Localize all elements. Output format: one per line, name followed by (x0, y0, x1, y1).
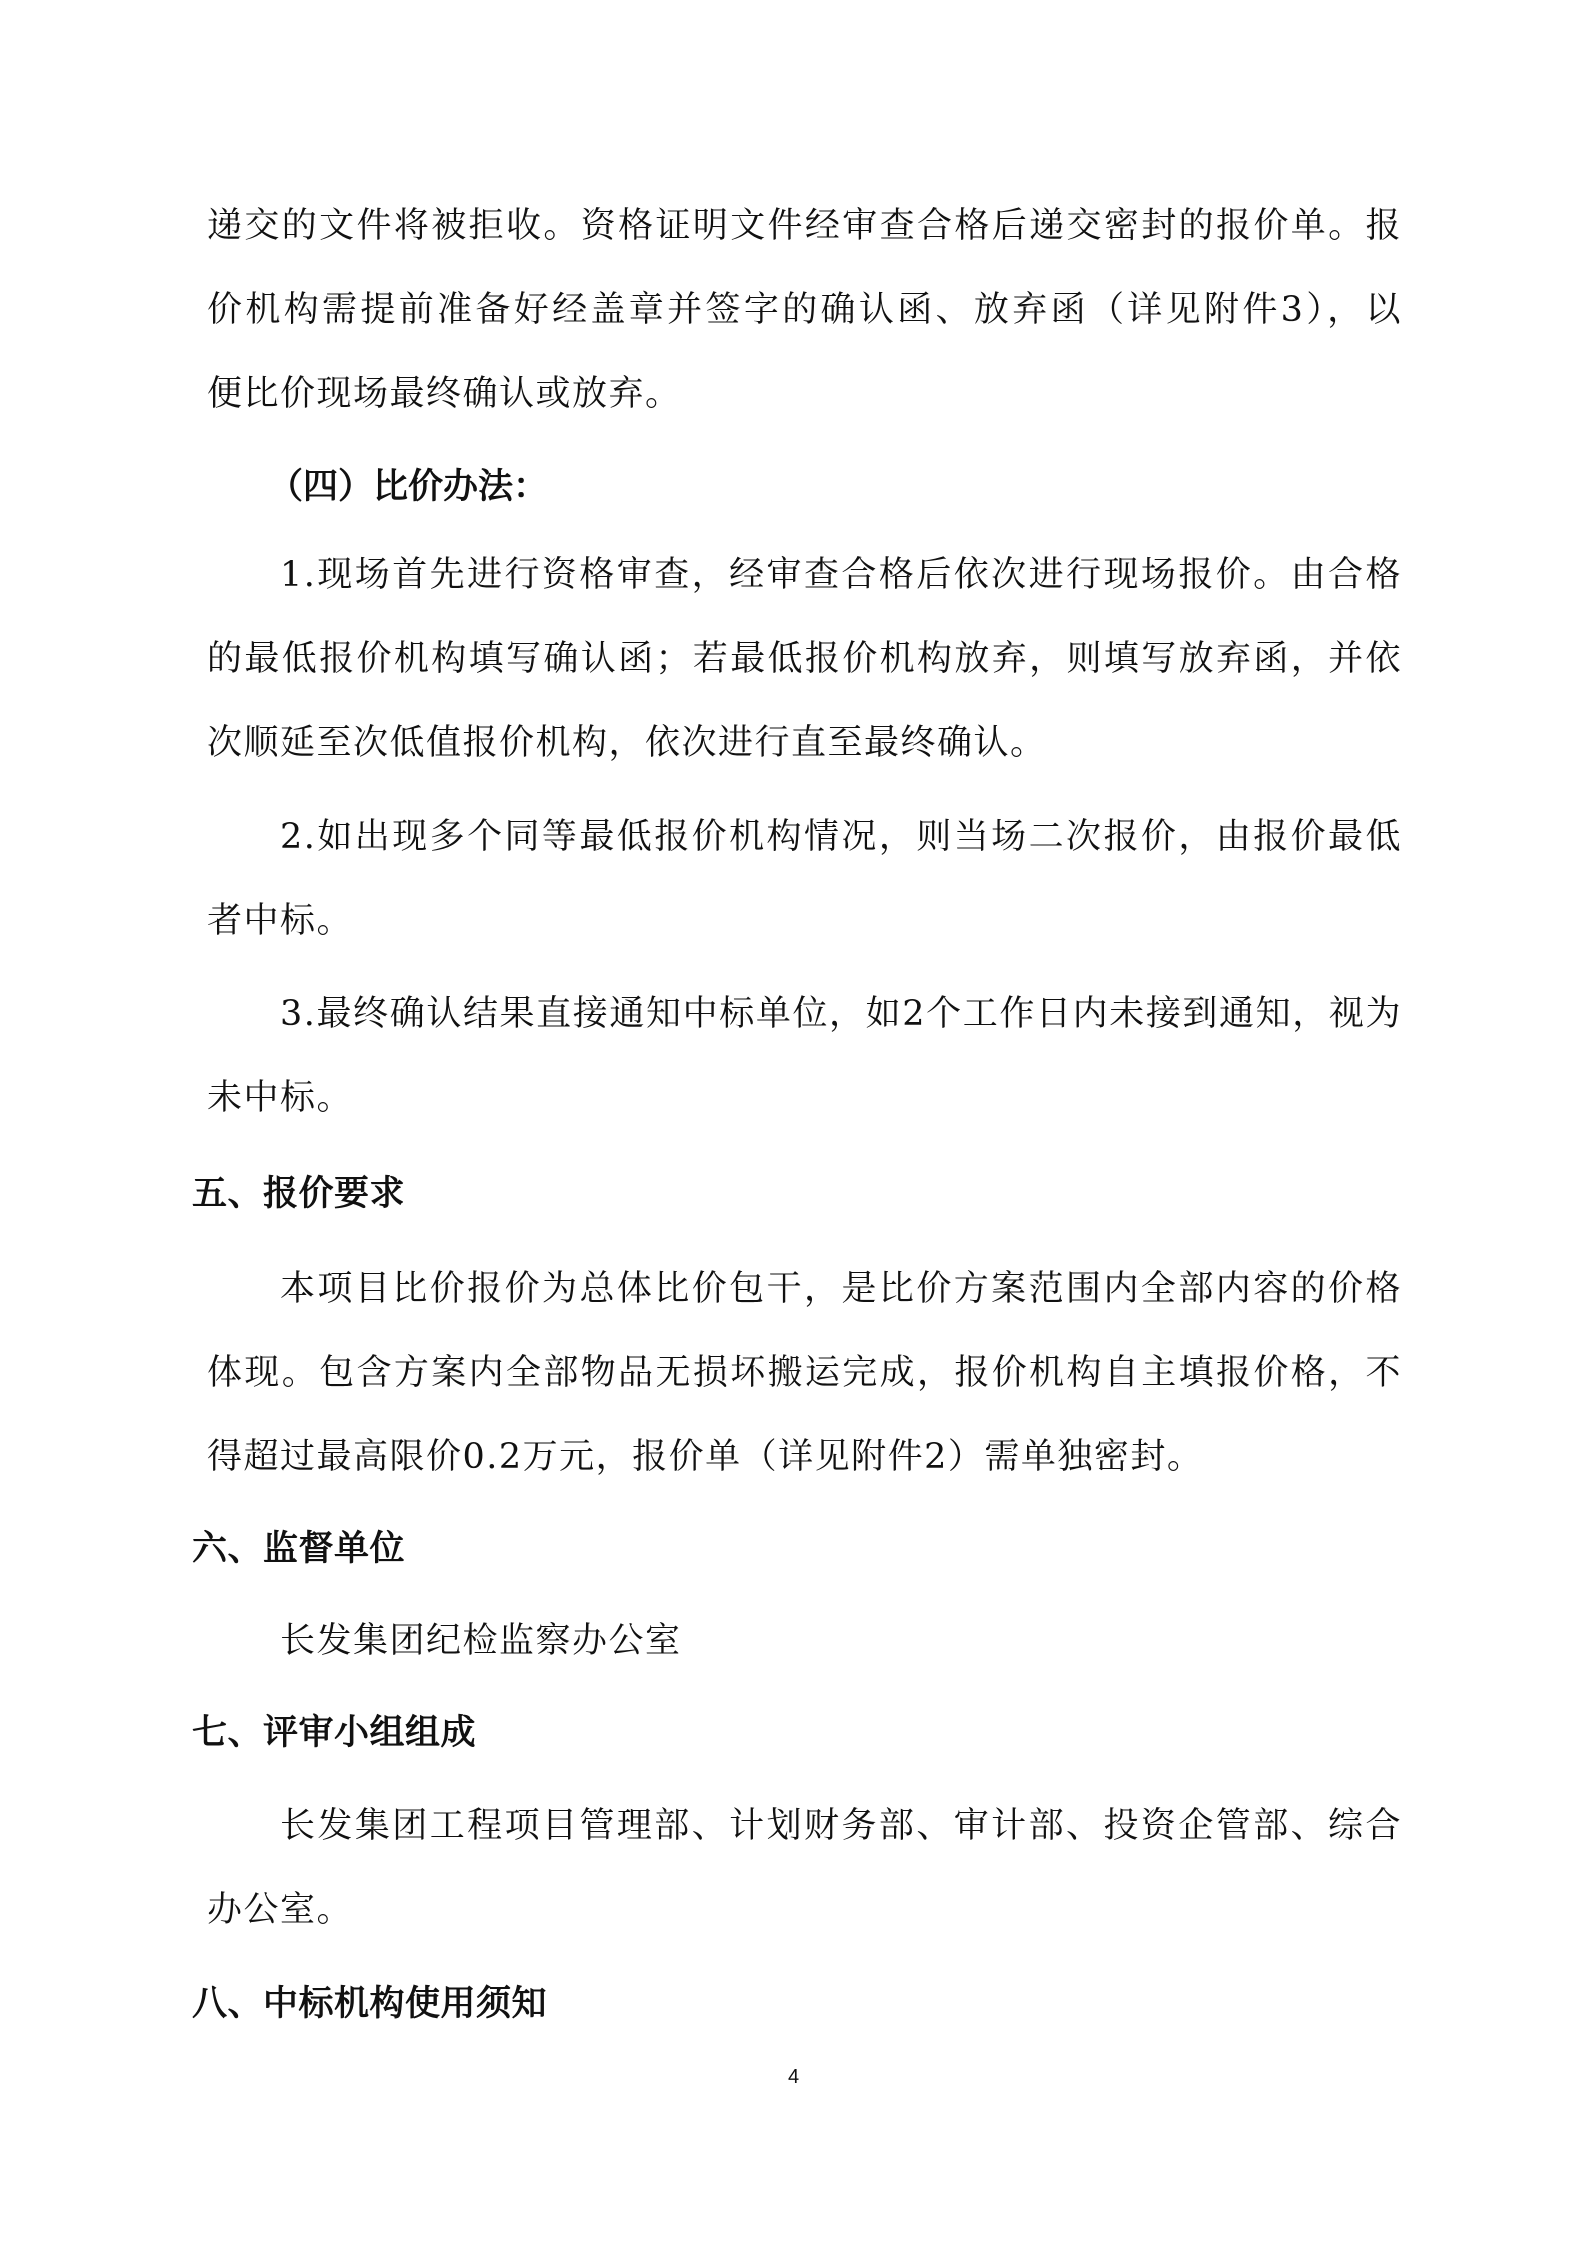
paragraph-line: 价机构需提前准备好经盖章并签字的确认函、放弃函（详见附件3），以 (207, 288, 1402, 332)
paragraph-line: 长发集团工程项目管理部、计划财务部、审计部、投资企管部、综合 (280, 1804, 1402, 1848)
paragraph-line: 办公室。 (207, 1888, 353, 1932)
section-heading-review-panel: 七、评审小组组成 (192, 1711, 476, 1755)
paragraph-line: 得超过最高限价0.2万元，报价单（详见附件2）需单独密封。 (207, 1435, 1203, 1479)
paragraph-line: 长发集团纪检监察办公室 (280, 1619, 682, 1663)
paragraph-line: 递交的文件将被拒收。资格证明文件经审查合格后递交密封的报价单。报 (207, 204, 1402, 248)
list-item-line: 3.最终确认结果直接通知中标单位，如2个工作日内未接到通知，视为 (280, 992, 1402, 1036)
list-item-line: 次顺延至次低值报价机构，依次进行直至最终确认。 (207, 721, 1047, 765)
list-item-line: 者中标。 (207, 899, 353, 943)
section-heading-winning-bidder-notice: 八、中标机构使用须知 (192, 1982, 547, 2026)
paragraph-line: 本项目比价报价为总体比价包干，是比价方案范围内全部内容的价格 (280, 1267, 1402, 1311)
section-heading-supervision-unit: 六、监督单位 (192, 1527, 405, 1571)
paragraph-line: 便比价现场最终确认或放弃。 (207, 372, 682, 416)
section-heading-quote-requirements: 五、报价要求 (192, 1172, 405, 1216)
page-number: 4 (0, 2066, 1587, 2089)
list-item-line: 1.现场首先进行资格审查，经审查合格后依次进行现场报价。由合格 (280, 553, 1402, 597)
paragraph-line: 体现。包含方案内全部物品无损坏搬运完成，报价机构自主填报价格，不 (207, 1351, 1402, 1395)
list-item-line: 2.如出现多个同等最低报价机构情况，则当场二次报价，由报价最低 (280, 815, 1402, 859)
document-page: 递交的文件将被拒收。资格证明文件经审查合格后递交密封的报价单。报 价机构需提前准… (0, 0, 1587, 2245)
subsection-heading-comparison-method: （四）比价办法： (268, 465, 548, 509)
list-item-line: 未中标。 (207, 1076, 353, 1120)
list-item-line: 的最低报价机构填写确认函；若最低报价机构放弃，则填写放弃函，并依 (207, 637, 1402, 681)
